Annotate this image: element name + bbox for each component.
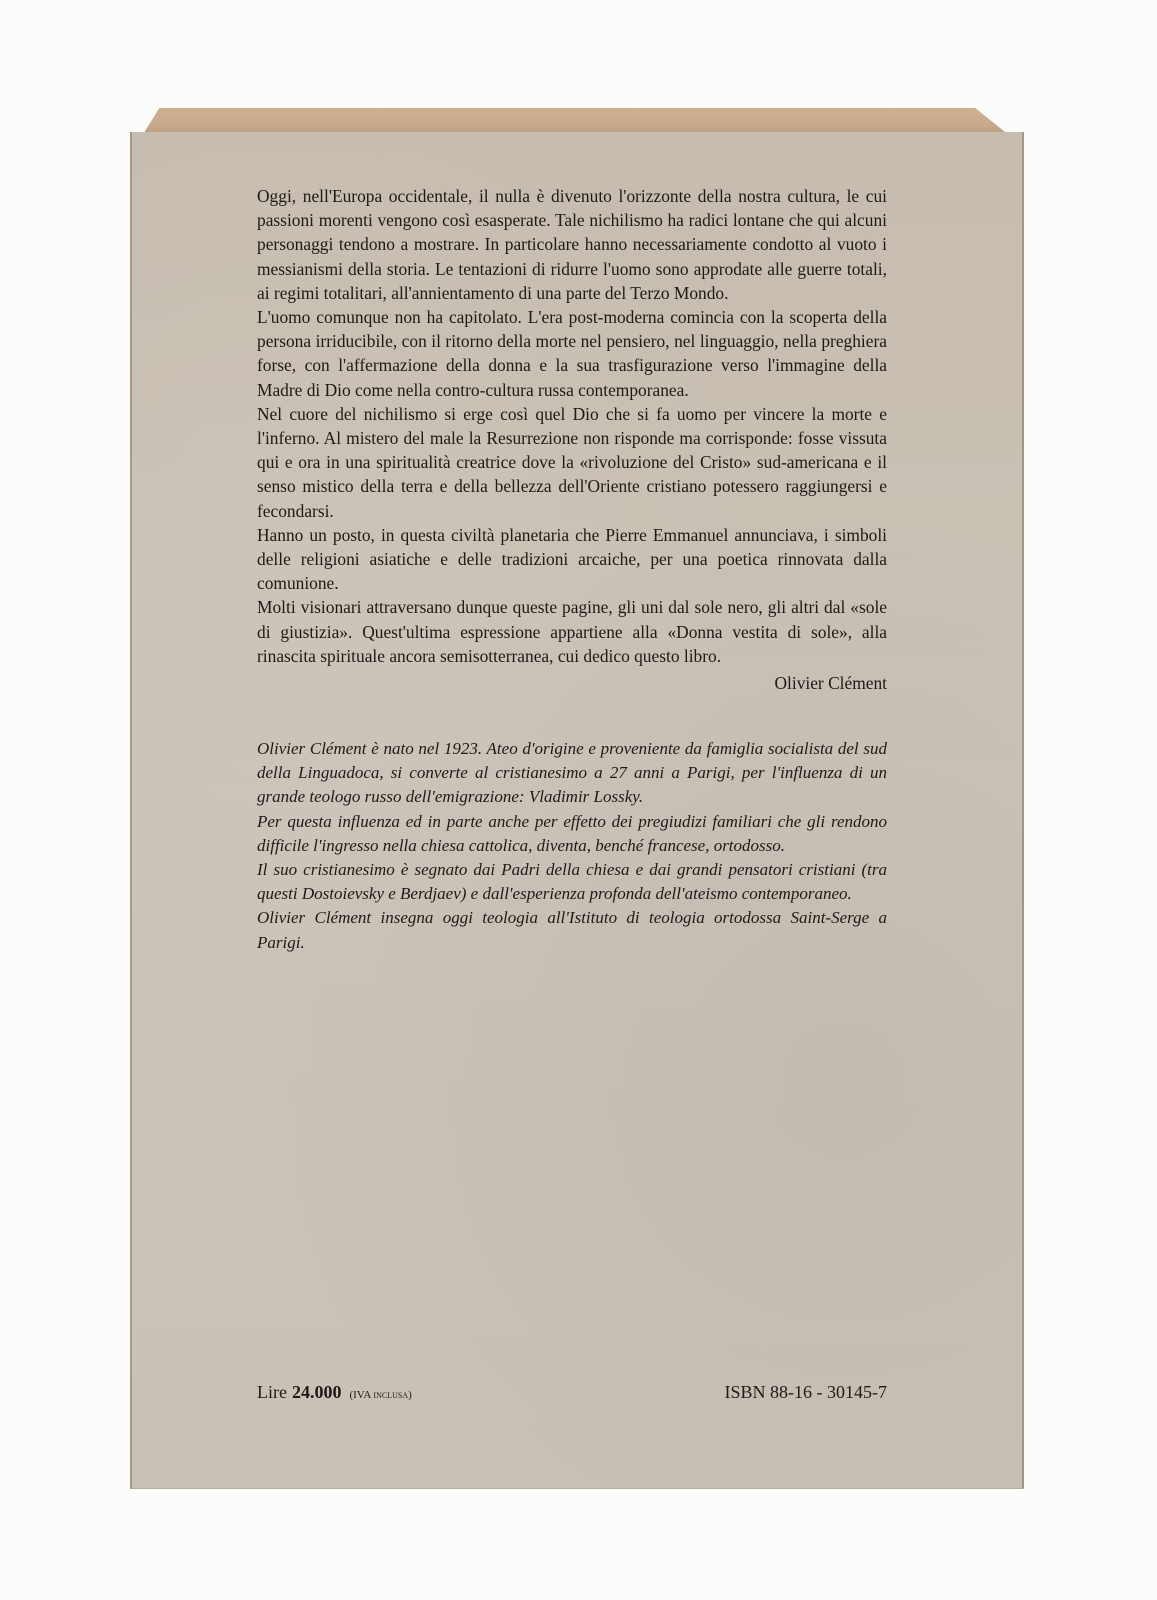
cover-text-block: Oggi, nell'Europa occidentale, il nulla … [257, 184, 887, 955]
author-bio: Olivier Clément è nato nel 1923. Ateo d'… [257, 737, 887, 955]
blurb-paragraph: Nel cuore del nichilismo si erge così qu… [257, 402, 887, 523]
blurb-paragraph: L'uomo comunque non ha capitolato. L'era… [257, 305, 887, 402]
price-label: Lire [257, 1382, 287, 1402]
blurb-paragraph: Hanno un posto, in questa civiltà planet… [257, 523, 887, 596]
price-value: 24.000 [292, 1382, 342, 1402]
price-note: (IVA inclusa) [349, 1389, 411, 1401]
author-signature: Olivier Clément [257, 671, 887, 695]
blurb-paragraph: Oggi, nell'Europa occidentale, il nulla … [257, 184, 887, 305]
book-back-cover: Oggi, nell'Europa occidentale, il nulla … [130, 108, 1020, 1490]
cover-surface: Oggi, nell'Europa occidentale, il nulla … [130, 132, 1024, 1489]
bio-paragraph: Olivier Clément insegna oggi teologia al… [257, 906, 887, 954]
blurb-text: Oggi, nell'Europa occidentale, il nulla … [257, 184, 887, 668]
isbn: ISBN 88-16 - 30145-7 [725, 1382, 888, 1403]
price-isbn-line: Lire24.000(IVA inclusa) ISBN 88-16 - 301… [257, 1382, 887, 1403]
bio-paragraph: Per questa influenza ed in parte anche p… [257, 810, 887, 858]
bio-paragraph: Olivier Clément è nato nel 1923. Ateo d'… [257, 737, 887, 810]
bio-paragraph: Il suo cristianesimo è segnato dai Padri… [257, 858, 887, 906]
price: Lire24.000(IVA inclusa) [257, 1382, 412, 1403]
blurb-paragraph: Molti visionari attraversano dunque ques… [257, 595, 887, 668]
